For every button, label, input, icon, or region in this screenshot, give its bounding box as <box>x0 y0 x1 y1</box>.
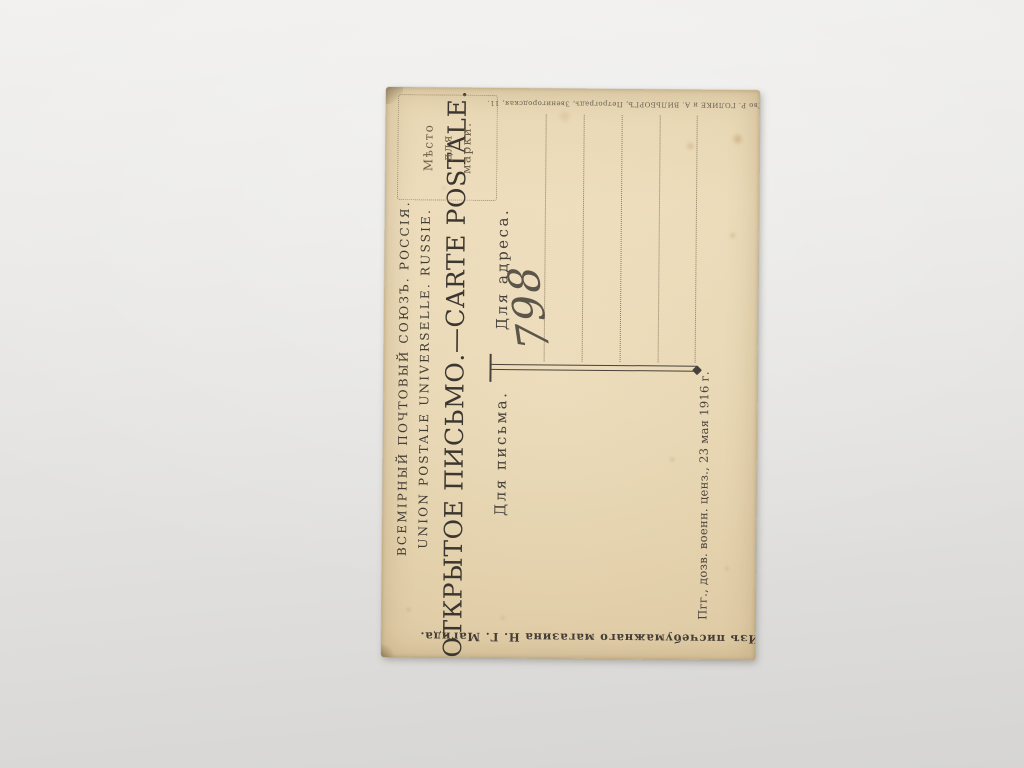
stationer-imprint: Изъ писчебумажнаго магазина Н. Г. Магида… <box>439 627 759 646</box>
stamp-box: Мѣсто для марки. <box>397 94 498 201</box>
censor-imprint: Пгг., дозв. военн. ценз., 23 мая 1916 г. <box>695 371 711 620</box>
foxing-spot <box>731 132 743 146</box>
stamp-box-label-line3: марки. <box>459 121 473 174</box>
postcard-back-face: ВСЕМІРНЫЙ ПОЧТОВЫЙ СОЮЗЪ. РОССІЯ. UNION … <box>381 87 760 660</box>
foxing-spot <box>685 141 695 152</box>
foxing-spot <box>724 565 730 572</box>
address-ruled-line <box>582 115 585 362</box>
divider-crossbar <box>489 354 491 382</box>
letter-section-label: Для письма. <box>491 391 510 517</box>
address-ruled-line <box>658 115 661 362</box>
address-ruled-line <box>620 115 623 362</box>
foxing-spot <box>669 455 676 463</box>
printer-imprint: Тво Р. ГОЛИКЕ и А. ВИЛЬБОРГЪ, Петроградъ… <box>485 97 760 109</box>
foxing-spot <box>558 109 572 125</box>
stamp-box-label-line1: Мѣсто <box>421 124 435 172</box>
foxing-spot <box>499 614 506 622</box>
divider-line <box>491 364 697 372</box>
stamp-box-label-line2: для <box>440 134 454 161</box>
handwritten-number: 798 <box>498 263 560 350</box>
postcard: ВСЕМІРНЫЙ ПОЧТОВЫЙ СОЮЗЪ. РОССІЯ. UNION … <box>381 87 760 660</box>
address-ruled-line <box>695 116 698 363</box>
foxing-spot <box>729 231 737 240</box>
photo-background: ВСЕМІРНЫЙ ПОЧТОВЫЙ СОЮЗЪ. РОССІЯ. UNION … <box>0 0 1024 768</box>
